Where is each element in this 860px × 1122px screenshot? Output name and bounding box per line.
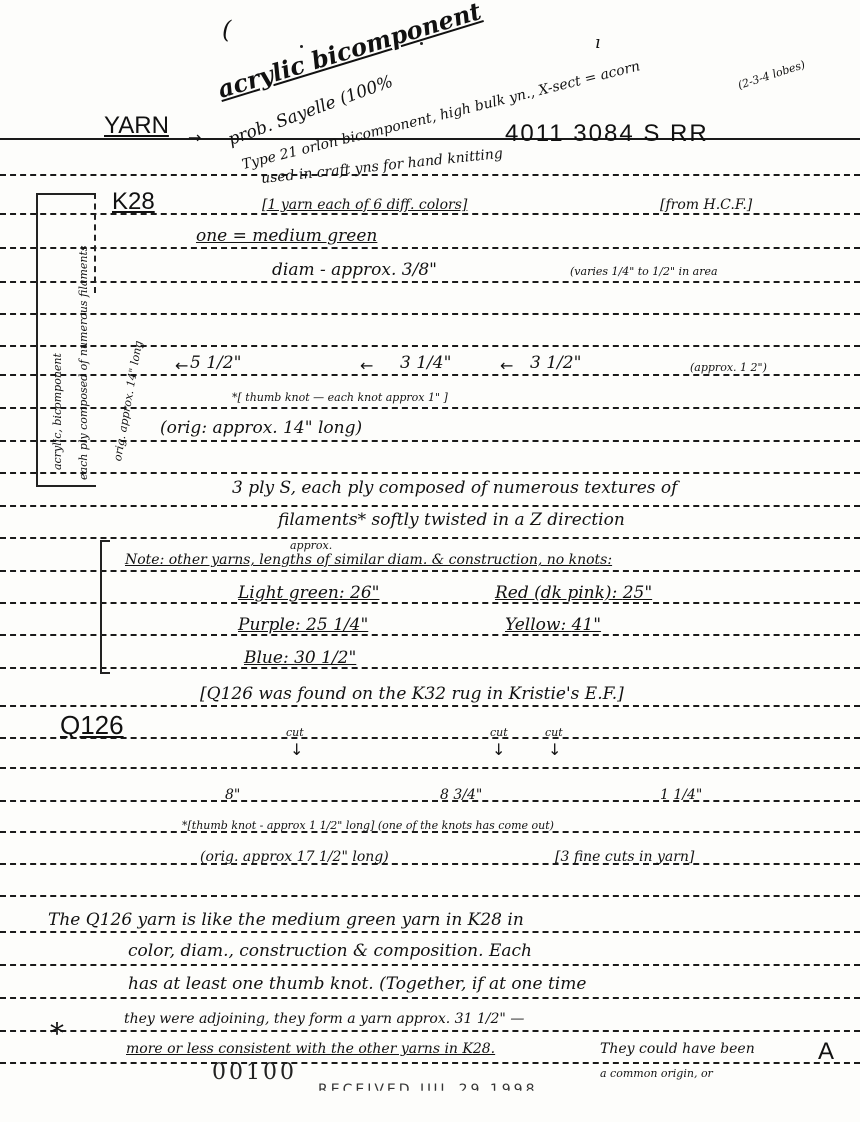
color-red: Red (dk pink): 25" (495, 585, 652, 602)
page-number: 00100 (212, 1060, 297, 1085)
k28-filaments: filaments* softly twisted in a Z directi… (278, 512, 625, 529)
ruled-line (0, 767, 860, 769)
ruled-line (0, 174, 860, 176)
left-arrow-icon: ← (360, 356, 373, 375)
ruled-line (0, 863, 860, 865)
margin-note-3: orig. approx. 14" long (112, 340, 144, 462)
ruled-line (0, 997, 860, 999)
k28-diam: diam - approx. 3/8" (272, 262, 437, 279)
ruled-line (0, 964, 860, 966)
conclusion-line-1: The Q126 yarn is like the medium green y… (48, 912, 524, 929)
k28-measure-4: (approx. 1 2") (690, 362, 767, 373)
header-code: 4011 3084 S RR (505, 122, 709, 146)
ruled-line (0, 931, 860, 933)
conclusion-line-2: color, diam., construction & composition… (128, 943, 532, 960)
note-text: Note: other yarns, lengths of similar di… (125, 553, 612, 567)
color-yellow: Yellow: 41" (505, 617, 601, 634)
q126-measure-2: 8 3/4" (440, 788, 482, 802)
margin-bracket (94, 193, 96, 293)
left-arrow-icon: ← (500, 356, 513, 375)
down-arrow-icon: ↓ (548, 740, 561, 759)
ruled-line (0, 313, 860, 315)
k28-ply: 3 ply S, each ply composed of numerous t… (232, 480, 677, 497)
received-stamp: RECEIVED JUL 29 1998 (318, 1082, 538, 1098)
ruled-line (0, 1062, 860, 1064)
ruled-line (0, 895, 860, 897)
ruled-line (0, 667, 860, 669)
q126-label: Q126 (60, 712, 124, 738)
ruled-line (0, 247, 860, 249)
stray-mark (300, 45, 303, 48)
ruled-line (0, 345, 860, 347)
cut-label: cut (490, 727, 508, 738)
color-light-green: Light green: 26" (238, 585, 379, 602)
yarn-label: YARN (104, 114, 169, 138)
ruled-line (0, 800, 860, 802)
q126-cuts: [3 fine cuts in yarn] (555, 850, 694, 864)
k28-thumb-knot: *[ thumb knot — each knot approx 1" ] (232, 392, 448, 403)
q126-found-note: [Q126 was found on the K32 rug in Kristi… (200, 686, 624, 703)
color-blue: Blue: 30 1/2" (244, 650, 356, 667)
stray-mark: ( (222, 18, 231, 42)
k28-one: one = medium green (196, 228, 377, 245)
k28-measure-2: 3 1/4" (400, 355, 451, 372)
k28-measure-1: 5 1/2" (190, 355, 241, 372)
ruled-line (0, 602, 860, 604)
asterisk-mark: * (50, 1020, 64, 1048)
ruled-line (0, 634, 860, 636)
ruled-line (0, 281, 860, 283)
down-arrow-icon: ↓ (492, 740, 505, 759)
cut-label: cut (545, 727, 563, 738)
k28-bracket-note: [1 yarn each of 6 diff. colors] (262, 198, 467, 212)
q126-orig-length: (orig. approx 17 1/2" long) (200, 850, 389, 864)
cut-label: cut (286, 727, 304, 738)
ruled-line (0, 1030, 860, 1032)
conclusion-line-6: a common origin, or (600, 1068, 713, 1079)
margin-note-2: each ply composed of numerous filaments (78, 245, 89, 480)
stray-mark: ı (595, 35, 600, 52)
ruled-line (0, 570, 860, 572)
k28-varies: (varies 1/4" to 1/2" in area (570, 266, 718, 277)
conclusion-line-5b: They could have been (600, 1042, 755, 1056)
color-purple: Purple: 25 1/4" (238, 617, 368, 634)
down-arrow-icon: ↓ (290, 740, 303, 759)
ruled-line (0, 705, 860, 707)
ruled-line (0, 537, 860, 539)
ruled-line (0, 737, 860, 739)
k28-source: [from H.C.F.] (660, 198, 752, 212)
k28-measure-3: 3 1/2" (530, 355, 581, 372)
note-bracket (100, 540, 110, 674)
note-insert: approx. (290, 540, 332, 551)
q126-measure-3: 1 1/4" (660, 788, 702, 802)
ruled-line (0, 505, 860, 507)
k28-label: K28 (112, 190, 155, 214)
margin-note-1: acrylic, bicomponent (52, 353, 63, 470)
left-arrow-icon: ← (175, 356, 188, 375)
q126-thumb-knot: *[thumb knot - approx 1 1/2" long] (one … (182, 820, 554, 831)
k28-orig-length: (orig: approx. 14" long) (160, 420, 362, 437)
arrow-icon: → (188, 128, 201, 147)
ruled-line (0, 472, 860, 474)
conclusion-line-5: more or less consistent with the other y… (126, 1042, 495, 1056)
conclusion-line-3: has at least one thumb knot. (Together, … (128, 976, 586, 993)
header-line2-note: (2-3-4 lobes) (737, 59, 807, 91)
initials: A (818, 1040, 834, 1064)
conclusion-line-4: they were adjoining, they form a yarn ap… (124, 1012, 524, 1026)
q126-measure-1: 8" (225, 788, 240, 802)
ruled-line (0, 440, 860, 442)
